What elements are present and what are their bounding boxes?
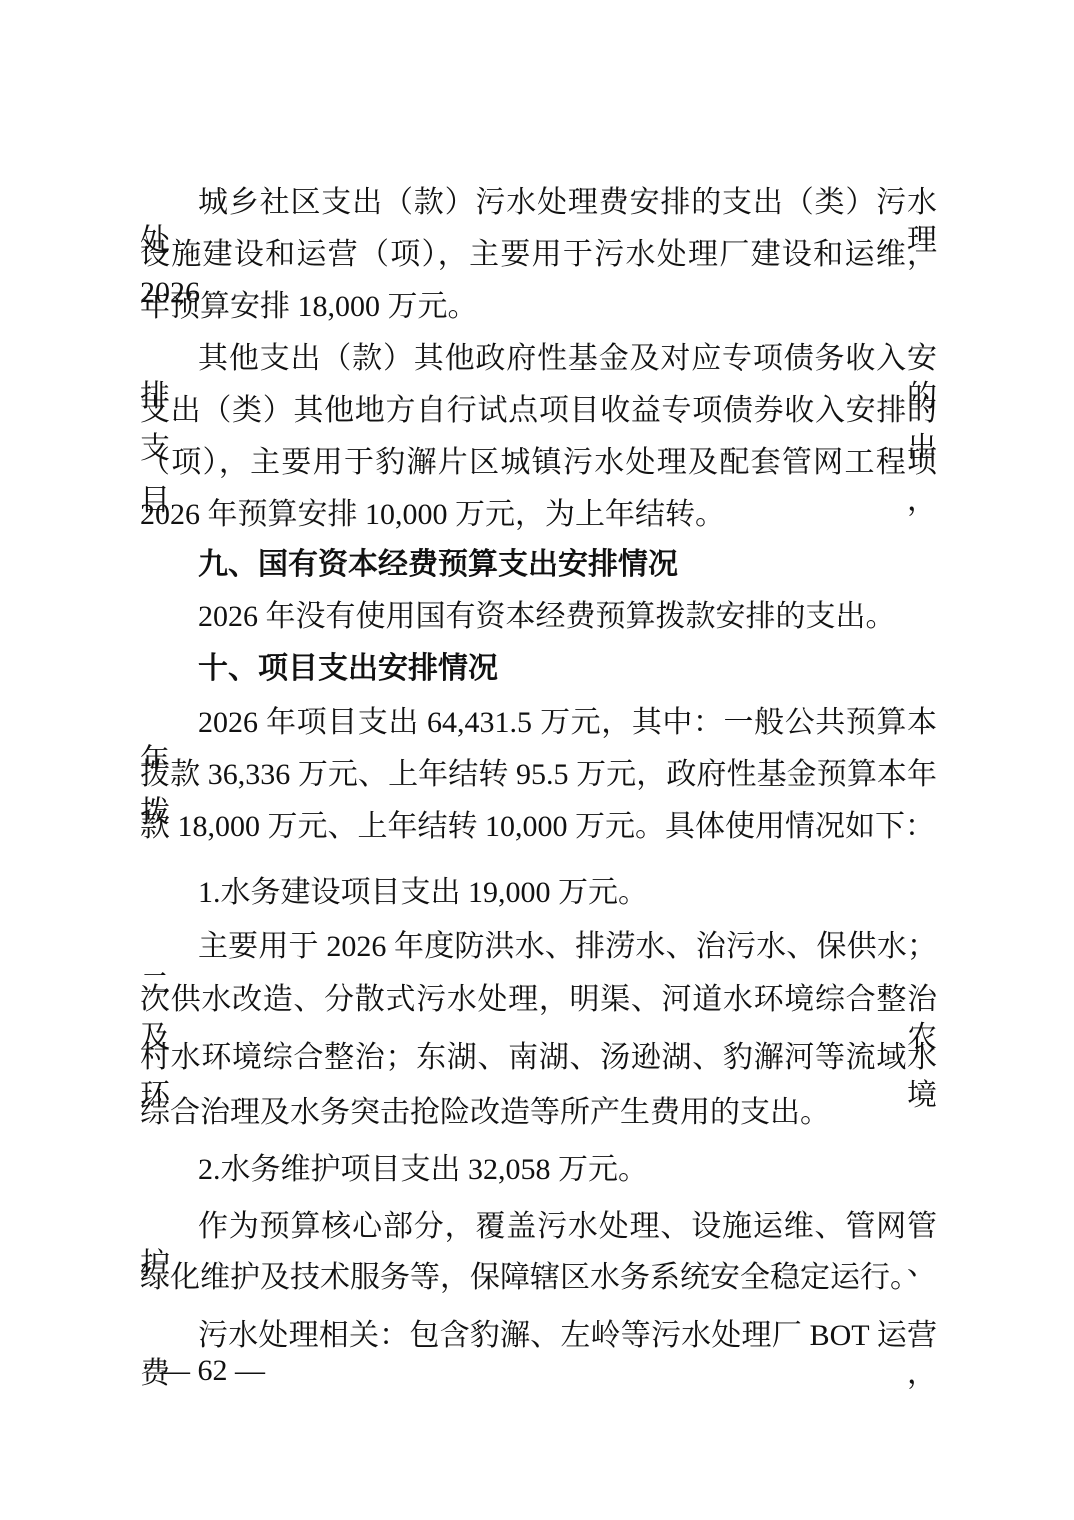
section-heading-9: 九、国有资本经费预算支出安排情况 xyxy=(140,546,937,584)
text-line: 绿化维护及技术服务等，保障辖区水务系统安全稳定运行。 xyxy=(140,1259,937,1297)
text-line: 2026 年预算安排 10,000 万元，为上年结转。 xyxy=(140,496,937,534)
text-line: 2026 年没有使用国有资本经费预算拨款安排的支出。 xyxy=(140,598,937,636)
text-line: 2.水务维护项目支出 32,058 万元。 xyxy=(140,1151,937,1189)
section-heading-10: 十、项目支出安排情况 xyxy=(140,650,937,688)
text-line: 综合治理及水务突击抢险改造等所产生费用的支出。 xyxy=(140,1094,937,1132)
text-line: 款 18,000 万元、上年结转 10,000 万元。具体使用情况如下： xyxy=(140,808,937,846)
text-line: 1.水务建设项目支出 19,000 万元。 xyxy=(140,874,937,912)
document-page: 城乡社区支出（款）污水处理费安排的支出（类）污水处理 设施建设和运营（项），主要… xyxy=(0,0,1074,1520)
text-line: 年预算安排 18,000 万元。 xyxy=(140,288,937,326)
page-number: — 62 — xyxy=(160,1352,265,1390)
